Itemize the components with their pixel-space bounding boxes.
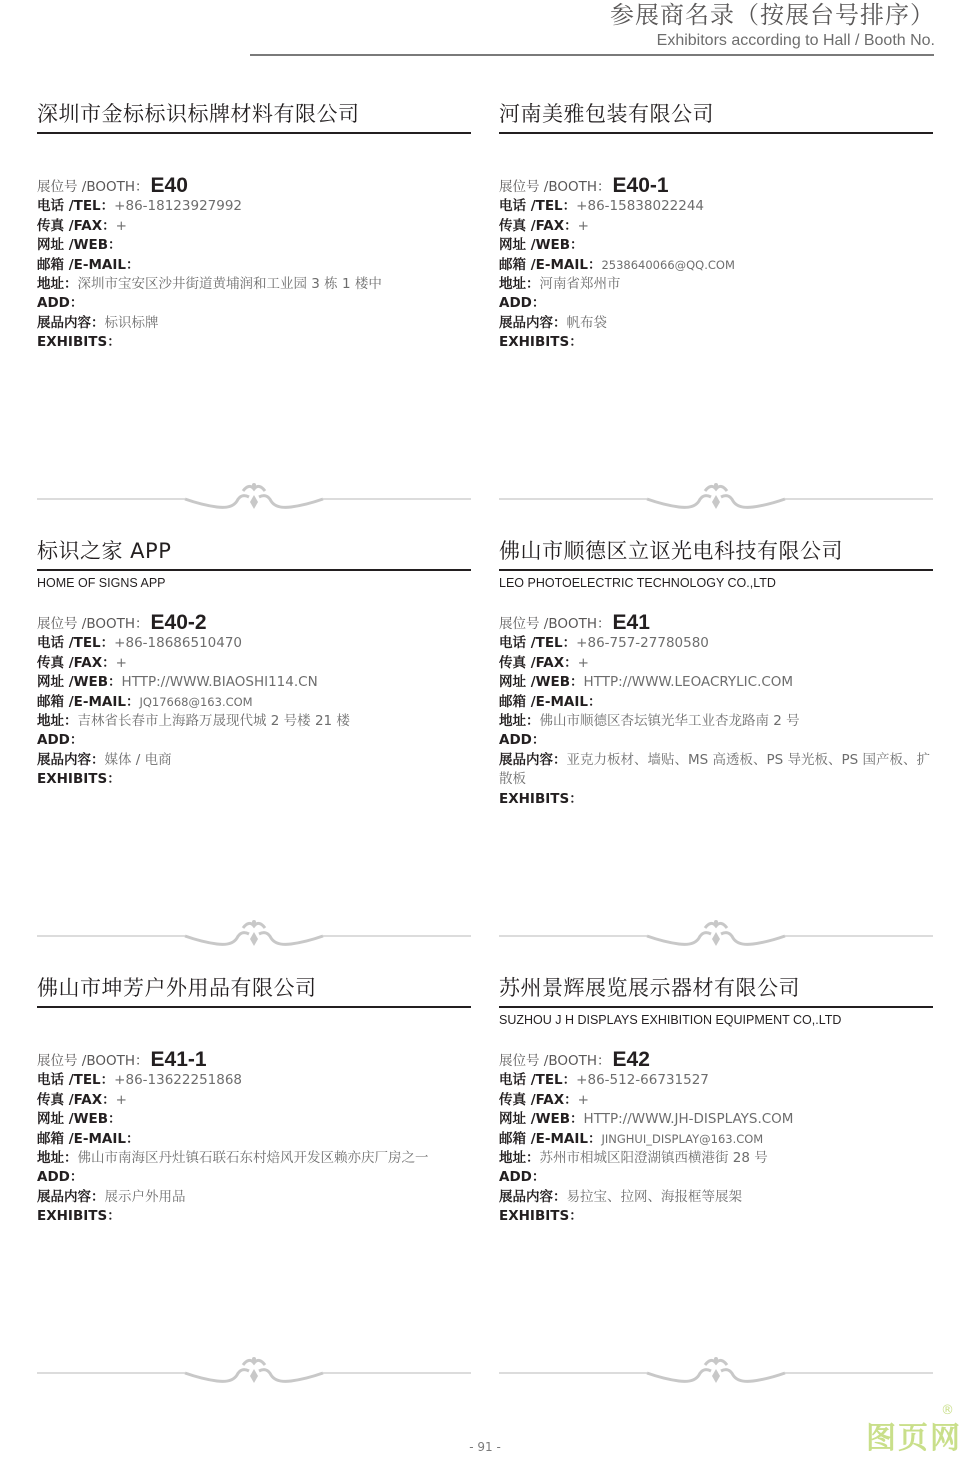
fax-value: + — [578, 655, 589, 671]
ornamental-divider — [37, 479, 471, 519]
address-value: 佛山市南海区丹灶镇石联石东村焙风开发区赖亦庆厂房之一 — [78, 1150, 429, 1166]
email-label: 邮箱 /E-MAIL： — [37, 257, 139, 273]
ornament-icon — [499, 479, 933, 519]
add-row: ADD： — [37, 1168, 471, 1187]
booth-row: 展位号 /BOOTH：E40-1 — [499, 176, 933, 197]
exhibits-en-row: EXHIBITS： — [37, 770, 471, 789]
ornament-icon — [37, 479, 471, 519]
exhibits-en-label: EXHIBITS： — [499, 791, 583, 807]
fax-value: + — [116, 1092, 127, 1108]
tel-value: +86-13622251868 — [114, 1072, 242, 1088]
tel-label: 电话 /TEL： — [499, 198, 576, 214]
tel-label: 电话 /TEL： — [37, 198, 114, 214]
address-row: 地址：苏州市相城区阳澄湖镇西横港街 28 号 — [499, 1149, 933, 1168]
address-label: 地址： — [37, 276, 78, 292]
web-label: 网址 /WEB： — [37, 237, 122, 253]
exhibits-cn-value: 展示户外用品 — [105, 1189, 186, 1205]
booth-number: E40-1 — [613, 174, 669, 197]
fax-value: + — [116, 655, 127, 671]
booth-row: 展位号 /BOOTH：E40 — [37, 176, 471, 197]
name-underline — [37, 569, 471, 571]
booth-number: E40 — [151, 174, 188, 197]
add-row: ADD： — [37, 294, 471, 313]
exhibits-cn-value: 标识标牌 — [105, 315, 159, 331]
address-row: 地址：吉林省长春市上海路万晟现代城 2 号楼 21 楼 — [37, 712, 471, 731]
exhibits-cn-label: 展品内容： — [499, 1189, 567, 1205]
company-name-cn: 深圳市金标标识标牌材料有限公司 — [37, 100, 471, 128]
add-label: ADD： — [499, 295, 545, 311]
company-name-cn: 佛山市坤芳户外用品有限公司 — [37, 974, 471, 1002]
tel-row: 电话 /TEL：+86-13622251868 — [37, 1071, 471, 1090]
fax-label: 传真 /FAX： — [499, 655, 578, 671]
company-name-en — [37, 1011, 471, 1029]
email-label: 邮箱 /E-MAIL： — [37, 694, 139, 710]
web-label: 网址 /WEB： — [499, 237, 584, 253]
fax-label: 传真 /FAX： — [37, 218, 116, 234]
tel-row: 电话 /TEL：+86-757-27780580 — [499, 634, 933, 653]
registered-mark-icon: ® — [941, 1403, 956, 1418]
booth-row: 展位号 /BOOTH：E40-2 — [37, 613, 471, 634]
email-value[interactable]: JQ17668@163.COM — [139, 695, 252, 709]
booth-label: 展位号 /BOOTH： — [37, 179, 149, 195]
ornamental-divider — [37, 1353, 471, 1393]
fax-row: 传真 /FAX：+ — [499, 1091, 933, 1110]
email-label: 邮箱 /E-MAIL： — [499, 257, 601, 273]
company-name-cn: 河南美雅包装有限公司 — [499, 100, 933, 128]
company-name-en: LEO PHOTOELECTRIC TECHNOLOGY CO.,LTD — [499, 574, 933, 592]
exhibits-en-row: EXHIBITS： — [499, 333, 933, 352]
page-number: - 91 - — [0, 1440, 970, 1454]
add-label: ADD： — [499, 1169, 545, 1185]
exhibitor-card: 河南美雅包装有限公司 展位号 /BOOTH：E40-1 电话 /TEL：+86-… — [499, 100, 933, 353]
watermark-text: 图页网 — [866, 1421, 962, 1456]
company-name-cn: 佛山市顺德区立讴光电科技有限公司 — [499, 537, 933, 565]
contact-info: 展位号 /BOOTH：E40-2 电话 /TEL：+86-18686510470… — [37, 613, 471, 790]
address-value: 佛山市顺德区杏坛镇光华工业杏龙路南 2 号 — [540, 713, 800, 729]
tel-label: 电话 /TEL： — [499, 1072, 576, 1088]
contact-info: 展位号 /BOOTH：E41-1 电话 /TEL：+86-13622251868… — [37, 1050, 471, 1227]
tel-row: 电话 /TEL：+86-18123927992 — [37, 197, 471, 216]
web-label: 网址 /WEB： — [499, 674, 584, 690]
address-label: 地址： — [37, 1150, 78, 1166]
web-value[interactable]: HTTP://WWW.BIAOSHI114.CN — [122, 674, 318, 690]
address-value: 河南省郑州市 — [540, 276, 621, 292]
booth-number: E40-2 — [151, 611, 207, 634]
fax-label: 传真 /FAX： — [499, 1092, 578, 1108]
exhibitor-card: 佛山市顺德区立讴光电科技有限公司 LEO PHOTOELECTRIC TECHN… — [499, 537, 933, 809]
exhibits-cn-label: 展品内容： — [499, 752, 567, 768]
ornament-icon — [499, 1353, 933, 1393]
fax-value: + — [116, 218, 127, 234]
exhibits-cn-row: 展品内容：亚克力板材、墙贴、MS 高透板、PS 导光板、PS 国产板、扩散板 — [499, 751, 933, 790]
booth-number: E41-1 — [151, 1048, 207, 1071]
booth-label: 展位号 /BOOTH： — [37, 616, 149, 632]
add-row: ADD： — [499, 1168, 933, 1187]
company-name-cn: 苏州景辉展览展示器材有限公司 — [499, 974, 933, 1002]
booth-label: 展位号 /BOOTH： — [499, 179, 611, 195]
address-value: 苏州市相城区阳澄湖镇西横港街 28 号 — [540, 1150, 768, 1166]
exhibits-en-row: EXHIBITS： — [37, 1207, 471, 1226]
exhibitor-card: 佛山市坤芳户外用品有限公司 展位号 /BOOTH：E41-1 电话 /TEL：+… — [37, 974, 471, 1227]
fax-label: 传真 /FAX： — [37, 655, 116, 671]
address-value: 吉林省长春市上海路万晟现代城 2 号楼 21 楼 — [78, 713, 350, 729]
exhibits-en-row: EXHIBITS： — [37, 333, 471, 352]
booth-label: 展位号 /BOOTH： — [37, 1053, 149, 1069]
fax-row: 传真 /FAX：+ — [499, 217, 933, 236]
tel-value: +86-512-66731527 — [576, 1072, 709, 1088]
company-name-en — [499, 137, 933, 155]
fax-row: 传真 /FAX：+ — [37, 1091, 471, 1110]
company-name-cn: 标识之家 APP — [37, 537, 471, 565]
fax-label: 传真 /FAX： — [499, 218, 578, 234]
tel-label: 电话 /TEL： — [37, 635, 114, 651]
page-title: 参展商名录（按展台号排序） — [610, 0, 935, 30]
page-header: 参展商名录（按展台号排序） Exhibitors according to Ha… — [610, 0, 935, 51]
email-row: 邮箱 /E-MAIL：JINGHUI_DISPLAY@163.COM — [499, 1130, 933, 1149]
email-row: 邮箱 /E-MAIL： — [37, 256, 471, 275]
web-row: 网址 /WEB： — [499, 236, 933, 255]
address-row: 地址：佛山市顺德区杏坛镇光华工业杏龙路南 2 号 — [499, 712, 933, 731]
exhibitor-card: 标识之家 APP HOME OF SIGNS APP 展位号 /BOOTH：E4… — [37, 537, 471, 790]
name-underline — [37, 1006, 471, 1008]
ornament-icon — [37, 916, 471, 956]
add-row: ADD： — [499, 294, 933, 313]
add-label: ADD： — [37, 732, 83, 748]
address-label: 地址： — [37, 713, 78, 729]
add-label: ADD： — [499, 732, 545, 748]
exhibits-en-label: EXHIBITS： — [37, 771, 121, 787]
tel-row: 电话 /TEL：+86-15838022244 — [499, 197, 933, 216]
tel-value: +86-18686510470 — [114, 635, 242, 651]
company-name-en: SUZHOU J H DISPLAYS EXHIBITION EQUIPMENT… — [499, 1011, 933, 1029]
booth-number: E42 — [613, 1048, 650, 1071]
contact-info: 展位号 /BOOTH：E41 电话 /TEL：+86-757-27780580 … — [499, 613, 933, 809]
exhibits-cn-value: 媒体 / 电商 — [105, 752, 172, 768]
contact-info: 展位号 /BOOTH：E40 电话 /TEL：+86-18123927992 传… — [37, 176, 471, 353]
web-row: 网址 /WEB： — [37, 236, 471, 255]
exhibits-en-label: EXHIBITS： — [37, 1208, 121, 1224]
web-row: 网址 /WEB：HTTP://WWW.LEOACRYLIC.COM — [499, 673, 933, 692]
booth-number: E41 — [613, 611, 650, 634]
tel-label: 电话 /TEL： — [499, 635, 576, 651]
email-value[interactable]: 2538640066@QQ.COM — [601, 258, 734, 272]
exhibits-cn-label: 展品内容： — [37, 1189, 105, 1205]
web-label: 网址 /WEB： — [499, 1111, 584, 1127]
tel-row: 电话 /TEL：+86-18686510470 — [37, 634, 471, 653]
fax-row: 传真 /FAX：+ — [499, 654, 933, 673]
fax-row: 传真 /FAX：+ — [37, 654, 471, 673]
name-underline — [499, 569, 933, 571]
address-row: 地址：佛山市南海区丹灶镇石联石东村焙风开发区赖亦庆厂房之一 — [37, 1149, 471, 1168]
booth-row: 展位号 /BOOTH：E41-1 — [37, 1050, 471, 1071]
contact-info: 展位号 /BOOTH：E42 电话 /TEL：+86-512-66731527 … — [499, 1050, 933, 1227]
add-row: ADD： — [499, 731, 933, 750]
address-label: 地址： — [499, 713, 540, 729]
fax-value: + — [578, 218, 589, 234]
address-row: 地址：河南省郑州市 — [499, 275, 933, 294]
booth-label: 展位号 /BOOTH： — [499, 616, 611, 632]
exhibits-cn-label: 展品内容： — [37, 315, 105, 331]
add-row: ADD： — [37, 731, 471, 750]
tel-value: +86-18123927992 — [114, 198, 242, 214]
header-rule — [250, 54, 934, 56]
email-value[interactable]: JINGHUI_DISPLAY@163.COM — [601, 1132, 763, 1146]
web-value[interactable]: HTTP://WWW.JH-DISPLAYS.COM — [584, 1111, 794, 1127]
ornamental-divider — [499, 916, 933, 956]
exhibitor-card: 深圳市金标标识标牌材料有限公司 展位号 /BOOTH：E40 电话 /TEL：+… — [37, 100, 471, 353]
web-row: 网址 /WEB： — [37, 1110, 471, 1129]
exhibits-cn-value: 帆布袋 — [567, 315, 608, 331]
booth-row: 展位号 /BOOTH：E41 — [499, 613, 933, 634]
add-label: ADD： — [37, 1169, 83, 1185]
exhibits-cn-value: 易拉宝、拉网、海报框等展架 — [567, 1189, 743, 1205]
email-label: 邮箱 /E-MAIL： — [499, 1131, 601, 1147]
tel-value: +86-15838022244 — [576, 198, 704, 214]
fax-value: + — [578, 1092, 589, 1108]
exhibits-en-label: EXHIBITS： — [37, 334, 121, 350]
web-row: 网址 /WEB：HTTP://WWW.BIAOSHI114.CN — [37, 673, 471, 692]
exhibits-cn-row: 展品内容：易拉宝、拉网、海报框等展架 — [499, 1188, 933, 1207]
email-row: 邮箱 /E-MAIL：2538640066@QQ.COM — [499, 256, 933, 275]
ornamental-divider — [499, 1353, 933, 1393]
company-name-en — [37, 137, 471, 155]
booth-row: 展位号 /BOOTH：E42 — [499, 1050, 933, 1071]
ornament-icon — [499, 916, 933, 956]
exhibits-cn-row: 展品内容：帆布袋 — [499, 314, 933, 333]
web-value[interactable]: HTTP://WWW.LEOACRYLIC.COM — [584, 674, 794, 690]
email-label: 邮箱 /E-MAIL： — [37, 1131, 139, 1147]
add-label: ADD： — [37, 295, 83, 311]
ornamental-divider — [37, 916, 471, 956]
tel-value: +86-757-27780580 — [576, 635, 709, 651]
exhibits-en-row: EXHIBITS： — [499, 1207, 933, 1226]
company-name-en: HOME OF SIGNS APP — [37, 574, 471, 592]
exhibits-en-label: EXHIBITS： — [499, 1208, 583, 1224]
web-label: 网址 /WEB： — [37, 1111, 122, 1127]
web-row: 网址 /WEB：HTTP://WWW.JH-DISPLAYS.COM — [499, 1110, 933, 1129]
name-underline — [37, 132, 471, 134]
tel-row: 电话 /TEL：+86-512-66731527 — [499, 1071, 933, 1090]
exhibits-en-label: EXHIBITS： — [499, 334, 583, 350]
name-underline — [499, 1006, 933, 1008]
email-label: 邮箱 /E-MAIL： — [499, 694, 601, 710]
address-label: 地址： — [499, 1150, 540, 1166]
exhibits-cn-row: 展品内容：媒体 / 电商 — [37, 751, 471, 770]
exhibits-cn-row: 展品内容：展示户外用品 — [37, 1188, 471, 1207]
web-label: 网址 /WEB： — [37, 674, 122, 690]
address-row: 地址：深圳市宝安区沙井街道黄埔润和工业园 3 栋 1 楼中 — [37, 275, 471, 294]
ornamental-divider — [499, 479, 933, 519]
exhibits-cn-label: 展品内容： — [499, 315, 567, 331]
address-label: 地址： — [499, 276, 540, 292]
address-value: 深圳市宝安区沙井街道黄埔润和工业园 3 栋 1 楼中 — [78, 276, 382, 292]
page-subtitle: Exhibitors according to Hall / Booth No. — [610, 31, 935, 51]
ornament-icon — [37, 1353, 471, 1393]
watermark-logo: 图页网 ® — [866, 1413, 962, 1457]
booth-label: 展位号 /BOOTH： — [499, 1053, 611, 1069]
fax-label: 传真 /FAX： — [37, 1092, 116, 1108]
exhibits-cn-label: 展品内容： — [37, 752, 105, 768]
exhibits-cn-row: 展品内容：标识标牌 — [37, 314, 471, 333]
exhibitor-card: 苏州景辉展览展示器材有限公司 SUZHOU J H DISPLAYS EXHIB… — [499, 974, 933, 1227]
tel-label: 电话 /TEL： — [37, 1072, 114, 1088]
email-row: 邮箱 /E-MAIL：JQ17668@163.COM — [37, 693, 471, 712]
fax-row: 传真 /FAX：+ — [37, 217, 471, 236]
exhibits-en-row: EXHIBITS： — [499, 790, 933, 809]
email-row: 邮箱 /E-MAIL： — [37, 1130, 471, 1149]
email-row: 邮箱 /E-MAIL： — [499, 693, 933, 712]
name-underline — [499, 132, 933, 134]
contact-info: 展位号 /BOOTH：E40-1 电话 /TEL：+86-15838022244… — [499, 176, 933, 353]
